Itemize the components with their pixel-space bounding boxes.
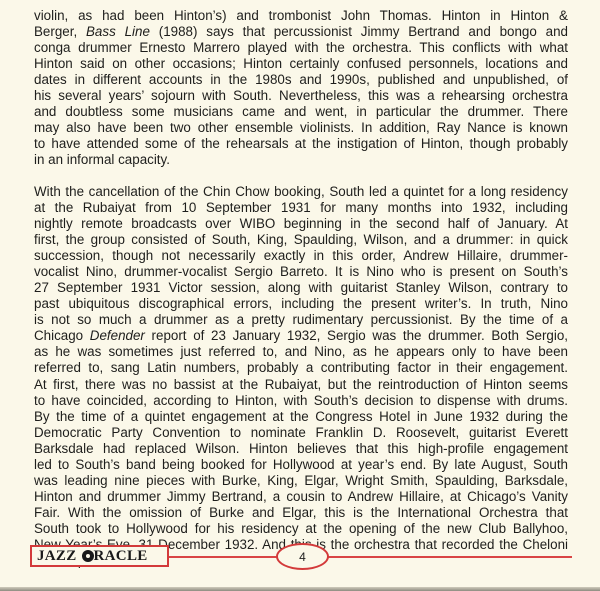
- text-line: By the time of a quintet engagement at t…: [34, 409, 568, 425]
- paragraph: With the cancellation of the Chin Chow b…: [34, 184, 568, 569]
- text-line: At first, there was no bassist at the Ru…: [34, 377, 568, 393]
- text-line: Barksdale had replaced Wilson. Hinton be…: [34, 441, 568, 457]
- text-line: Berger, Bass Line (1988) says that percu…: [34, 24, 568, 40]
- text-line: led to South’s band being booked for Hol…: [34, 457, 568, 473]
- text-line: Chicago Defender report of 23 January 19…: [34, 328, 568, 344]
- text-line: succession, though not necessarily exact…: [34, 248, 568, 264]
- record-disc-icon: [82, 550, 94, 562]
- text-line: Hinton and drummer Jimmy Bertrand, a cou…: [34, 489, 568, 505]
- logo-text-jazz: JAZZ: [37, 548, 77, 565]
- text-line: was leading nine pieces with Burke, King…: [34, 473, 568, 489]
- text-line: Democratic Party Convention to nominate …: [34, 425, 568, 441]
- page-footer: JAZZ RACLE 4: [0, 540, 600, 580]
- italic-title: Defender: [90, 328, 145, 343]
- text-line: in an informal capacity.: [34, 152, 568, 168]
- text-line: as he was sometimes just referred to, an…: [34, 344, 568, 360]
- paragraph: violin, as had been Hinton’s) and trombo…: [34, 8, 568, 168]
- text-line: past ubiquitous discographical errors, i…: [34, 296, 568, 312]
- text-line: at the Rubaiyat from 10 September 1931 f…: [34, 200, 568, 216]
- text-line: to have coincided, according to Hinton, …: [34, 393, 568, 409]
- text-line: conga drummer Ernesto Marrero played wit…: [34, 40, 568, 56]
- text-line: is not so much a drummer as a pretty rud…: [34, 312, 568, 328]
- footer-rule-right: [328, 556, 572, 558]
- text-line: violin, as had been Hinton’s) and trombo…: [34, 8, 568, 24]
- page-edge-shadow: [0, 587, 600, 591]
- text-line: vocalist Nino, drummer-vocalist Sergio B…: [34, 264, 568, 280]
- jazz-oracle-logo: JAZZ RACLE: [30, 545, 169, 567]
- text-line: may also have been two other ensemble vi…: [34, 120, 568, 136]
- body-text: violin, as had been Hinton’s) and trombo…: [34, 8, 568, 585]
- text-line: to have attended some of the rehearsals …: [34, 136, 568, 152]
- page-number: 4: [276, 543, 329, 570]
- text-line: South took to Hollywood for his residenc…: [34, 521, 568, 537]
- footer-rule-left: [169, 556, 277, 558]
- text-line: 27 September 1931 Victor session, along …: [34, 280, 568, 296]
- text-line: Hinton said on other occasions; Hinton c…: [34, 56, 568, 72]
- text-line: nightly remote broadcasts over WIBO begi…: [34, 216, 568, 232]
- text-line: first, the group consisted of South, Kin…: [34, 232, 568, 248]
- italic-title: Bass Line: [86, 24, 150, 39]
- logo-text-racle: RACLE: [94, 548, 148, 565]
- text-line: and doubtless some musicians came and we…: [34, 104, 568, 120]
- text-line: With the cancellation of the Chin Chow b…: [34, 184, 568, 200]
- text-line: his several years’ sojourn with South. N…: [34, 88, 568, 104]
- text-line: dates in different accounts in the 1980s…: [34, 72, 568, 88]
- booklet-page: violin, as had been Hinton’s) and trombo…: [0, 0, 600, 591]
- text-line: referred to, sang Latin numbers, probabl…: [34, 360, 568, 376]
- page-number-text: 4: [299, 550, 306, 564]
- text-line: Fair. With the omission of Burke and Elg…: [34, 505, 568, 521]
